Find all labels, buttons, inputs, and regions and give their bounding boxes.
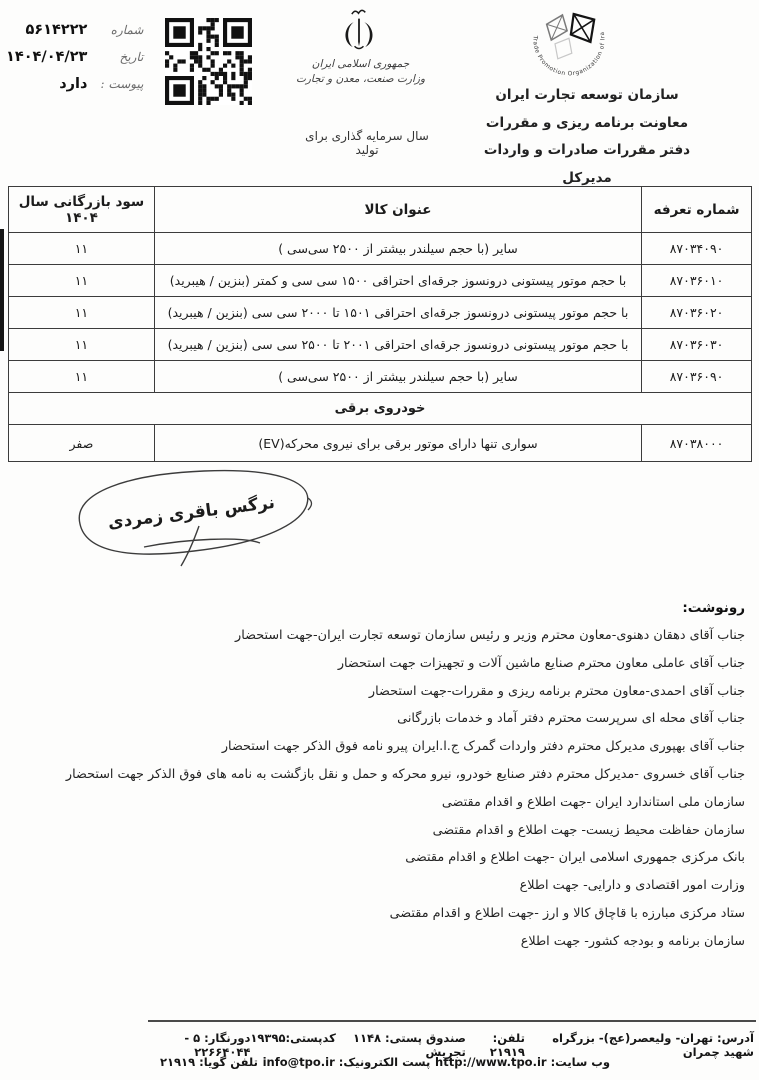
org-line-office: دفتر مقررات صادرات و واردات	[468, 137, 706, 165]
table-section-row: خودروی برقی	[9, 393, 752, 425]
emblem-ministry-line: وزارت صنعت، معدن و تجارت	[288, 72, 433, 87]
letter-number-label: شماره	[97, 23, 143, 37]
goods-title: با حجم موتور پیستونی درونسوز جرقه‌ای احت…	[154, 265, 641, 297]
footer-voice-phone: تلفن گویا: ۲۱۹۱۹	[160, 1055, 258, 1069]
tariff-code: ۸۷۰۳۴۰۹۰	[642, 233, 752, 265]
emblem-country-line: جمهوری اسلامی ایران	[288, 57, 433, 72]
col-header-profit: سود بازرگانی سال ۱۴۰۴	[9, 187, 155, 233]
cc-item: جناب آقای دهقان دهنوی-معاون محترم وزیر و…	[25, 622, 745, 650]
letter-attachment-label: پیوست :	[97, 77, 143, 91]
table-row: ۸۷۰۳۶۰۱۰ با حجم موتور پیستونی درونسوز جر…	[9, 265, 752, 297]
letter-number-value: ۵۶۱۴۲۲۲	[25, 22, 87, 38]
table-header-row: شماره تعرفه عنوان کالا سود بازرگانی سال …	[9, 187, 752, 233]
cc-item: جناب آقای محله ای سرپرست محترم دفتر آماد…	[25, 705, 745, 733]
emblem-captions: جمهوری اسلامی ایران وزارت صنعت، معدن و ت…	[288, 57, 433, 87]
footer-web-line: وب سایت: http://www.tpo.ir پست الکترونیک…	[160, 1055, 610, 1069]
profit-value: ۱۱	[9, 265, 155, 297]
tariff-code: ۸۷۰۳۶۰۲۰	[642, 297, 752, 329]
goods-title: با حجم موتور پیستونی درونسوز جرقه‌ای احت…	[154, 297, 641, 329]
tariff-code: ۸۷۰۳۶۰۳۰	[642, 329, 752, 361]
cc-title: رونوشت:	[25, 600, 745, 616]
cc-item: سازمان حفاظت محیط زیست- جهت اطلاع و اقدا…	[25, 817, 745, 845]
profit-value: ۱۱	[9, 297, 155, 329]
tariff-table: شماره تعرفه عنوان کالا سود بازرگانی سال …	[8, 186, 752, 462]
tpo-logo-ring-text: Trade Promotion Organization of Iran	[524, 0, 606, 77]
cc-item: وزارت امور اقتصادی و دارایی- جهت اطلاع	[25, 872, 745, 900]
cc-item: جناب آقای احمدی-معاون محترم برنامه ریزی …	[25, 678, 745, 706]
cc-list: رونوشت: جناب آقای دهقان دهنوی-معاون محتر…	[25, 600, 745, 956]
table-row: ۸۷۰۳۶۰۹۰ سایر (با حجم سیلندر بیشتر از ۲۵…	[9, 361, 752, 393]
cc-item: سازمان برنامه و بودجه کشور- جهت اطلاع	[25, 928, 745, 956]
org-header: سازمان توسعه تجارت ایران معاونت برنامه ر…	[468, 82, 706, 192]
profit-value: ۱۱	[9, 329, 155, 361]
year-slogan: سال سرمایه گذاری برای تولید	[297, 129, 437, 157]
cc-item: بانک مرکزی جمهوری اسلامی ایران -جهت اطلا…	[25, 844, 745, 872]
goods-title: سواری تنها دارای موتور برقی برای نیروی م…	[154, 425, 641, 462]
goods-title: سایر (با حجم سیلندر بیشتر از ۲۵۰۰ سی‌سی …	[154, 233, 641, 265]
col-header-goods: عنوان کالا	[154, 187, 641, 233]
scan-artifact-line	[0, 229, 4, 351]
qr-code	[165, 18, 252, 105]
table-row: ۸۷۰۳۶۰۳۰ با حجم موتور پیستونی درونسوز جر…	[9, 329, 752, 361]
letter-date-row: تاریخ ۱۴۰۴/۰۴/۲۳	[6, 49, 143, 65]
table-row: ۸۷۰۳۶۰۲۰ با حجم موتور پیستونی درونسوز جر…	[9, 297, 752, 329]
profit-value: صفر	[9, 425, 155, 462]
tariff-code: ۸۷۰۳۸۰۰۰	[642, 425, 752, 462]
letter-meta: شماره ۵۶۱۴۲۲۲ تاریخ ۱۴۰۴/۰۴/۲۳ پیوست : د…	[6, 22, 143, 92]
tpo-logo-icon: Trade Promotion Organization of Iran	[524, 0, 614, 88]
footer-website: وب سایت: http://www.tpo.ir	[435, 1055, 610, 1069]
letter-number-row: شماره ۵۶۱۴۲۲۲	[6, 22, 143, 38]
goods-title: با حجم موتور پیستونی درونسوز جرقه‌ای احت…	[154, 329, 641, 361]
iran-emblem-icon	[332, 7, 386, 61]
cc-item: جناب آقای بهپوری مدیرکل محترم دفتر واردا…	[25, 733, 745, 761]
profit-value: ۱۱	[9, 233, 155, 265]
section-header-electric-vehicle: خودروی برقی	[9, 393, 752, 425]
profit-value: ۱۱	[9, 361, 155, 393]
tariff-code: ۸۷۰۳۶۰۱۰	[642, 265, 752, 297]
cc-item: سازمان ملی استاندارد ایران -جهت اطلاع و …	[25, 789, 745, 817]
table-row: ۸۷۰۳۴۰۹۰ سایر (با حجم سیلندر بیشتر از ۲۵…	[9, 233, 752, 265]
footer-divider	[148, 1020, 756, 1022]
footer-email: پست الکترونیک: info@tpo.ir	[263, 1055, 431, 1069]
cc-item: جناب آقای عاملی معاون محترم صنایع ماشین …	[25, 650, 745, 678]
org-line-name: سازمان توسعه تجارت ایران	[468, 82, 706, 110]
col-header-tariff: شماره تعرفه	[642, 187, 752, 233]
letter-attachment-row: پیوست : دارد	[6, 76, 143, 92]
tariff-code: ۸۷۰۳۶۰۹۰	[642, 361, 752, 393]
signature-block: نرگس باقری زمردی	[46, 460, 338, 572]
svg-text:Trade Promotion Organization o: Trade Promotion Organization of Iran	[524, 0, 606, 77]
cc-item: جناب آقای خسروی -مدیرکل محترم دفتر صنایع…	[25, 761, 745, 789]
letter-date-label: تاریخ	[97, 50, 143, 64]
letter-attachment-value: دارد	[59, 76, 87, 92]
cc-item: ستاد مرکزی مبارزه با قاچاق کالا و ارز -ج…	[25, 900, 745, 928]
document-page: شماره ۵۶۱۴۲۲۲ تاریخ ۱۴۰۴/۰۴/۲۳ پیوست : د…	[0, 0, 759, 1080]
org-line-deputy: معاونت برنامه ریزی و مقررات	[468, 110, 706, 138]
letter-date-value: ۱۴۰۴/۰۴/۲۳	[6, 49, 87, 65]
table-row: ۸۷۰۳۸۰۰۰ سواری تنها دارای موتور برقی برا…	[9, 425, 752, 462]
signatory-name: نرگس باقری زمردی	[107, 492, 276, 533]
goods-title: سایر (با حجم سیلندر بیشتر از ۲۵۰۰ سی‌سی …	[154, 361, 641, 393]
